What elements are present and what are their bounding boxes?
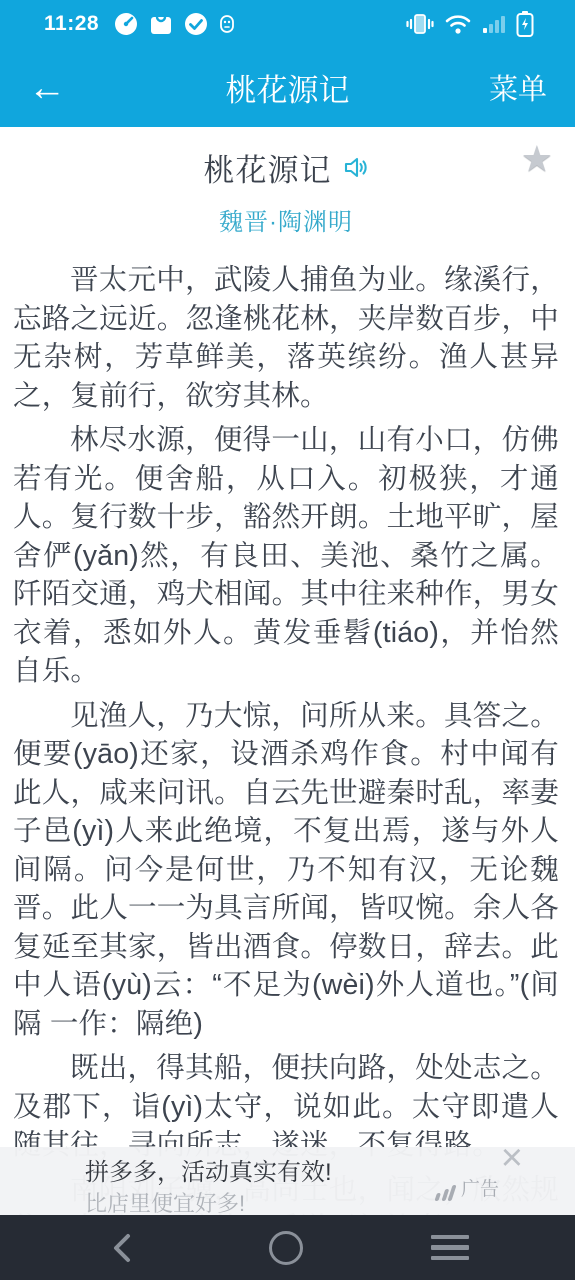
phone-screen: 11:28: [0, 0, 575, 1280]
ad-banner[interactable]: 拼多多，活动真实有效! 比店里便宜好多! × 广告: [0, 1147, 575, 1215]
ad-title: 拼多多，活动真实有效!: [85, 1152, 332, 1187]
status-bar: 11:28: [0, 0, 575, 48]
article-content: 桃花源记 魏晋·陶渊明 ★ 晋太元中，武陵人捕鱼为业。缘溪行，忘路之远近。忽逢桃…: [0, 127, 575, 1248]
app-badge-icon: [218, 13, 236, 35]
gauge-icon: [113, 11, 139, 37]
paragraph: 晋太元中，武陵人捕鱼为业。缘溪行，忘路之远近。忽逢桃花林，夹岸数百步，中无杂树，…: [13, 261, 559, 415]
menu-button[interactable]: 菜单: [489, 67, 547, 108]
article-author: 魏晋·陶渊明: [13, 202, 559, 237]
vibrate-icon: [405, 11, 435, 37]
nav-recents-icon[interactable]: [431, 1235, 469, 1261]
favorite-star-icon[interactable]: ★: [521, 141, 553, 177]
app-bar: ← 桃花源记 菜单: [0, 48, 575, 127]
nav-back-icon[interactable]: [106, 1228, 140, 1268]
ad-close-icon[interactable]: ×: [501, 1139, 523, 1177]
battery-charging-icon: [515, 10, 535, 38]
status-right-icons: [405, 10, 535, 38]
paragraph: 见渔人，乃大惊，问所从来。具答之。便要(yāo)还家，设酒杀鸡作食。村中闻有此人…: [13, 697, 559, 1044]
wifi-icon: [443, 11, 473, 37]
signal-icon: [481, 11, 507, 37]
ad-label: 广告: [461, 1174, 499, 1201]
ad-subtitle: 比店里便宜好多!: [85, 1187, 245, 1218]
article-header: 桃花源记 魏晋·陶渊明 ★: [13, 145, 559, 237]
ad-network-logo-icon: [434, 1185, 459, 1201]
paragraph: 林尽水源，便得一山，山有小口，仿佛若有光。便舍船，从口入。初极狭，才通人。复行数…: [13, 421, 559, 691]
ad-label-badge: 广告: [437, 1174, 499, 1201]
status-time: 11:28: [44, 12, 99, 36]
navigation-bar: [0, 1215, 575, 1280]
back-button[interactable]: ←: [28, 69, 66, 107]
shopping-bag-icon: [148, 11, 174, 37]
check-circle-icon: [183, 11, 209, 37]
nav-home-icon[interactable]: [269, 1231, 303, 1265]
status-left-icons: [113, 11, 236, 37]
article-body: 晋太元中，武陵人捕鱼为业。缘溪行，忘路之远近。忽逢桃花林，夹岸数百步，中无杂树，…: [13, 261, 559, 1248]
article-title: 桃花源记: [204, 145, 332, 190]
speaker-icon[interactable]: [342, 154, 369, 181]
